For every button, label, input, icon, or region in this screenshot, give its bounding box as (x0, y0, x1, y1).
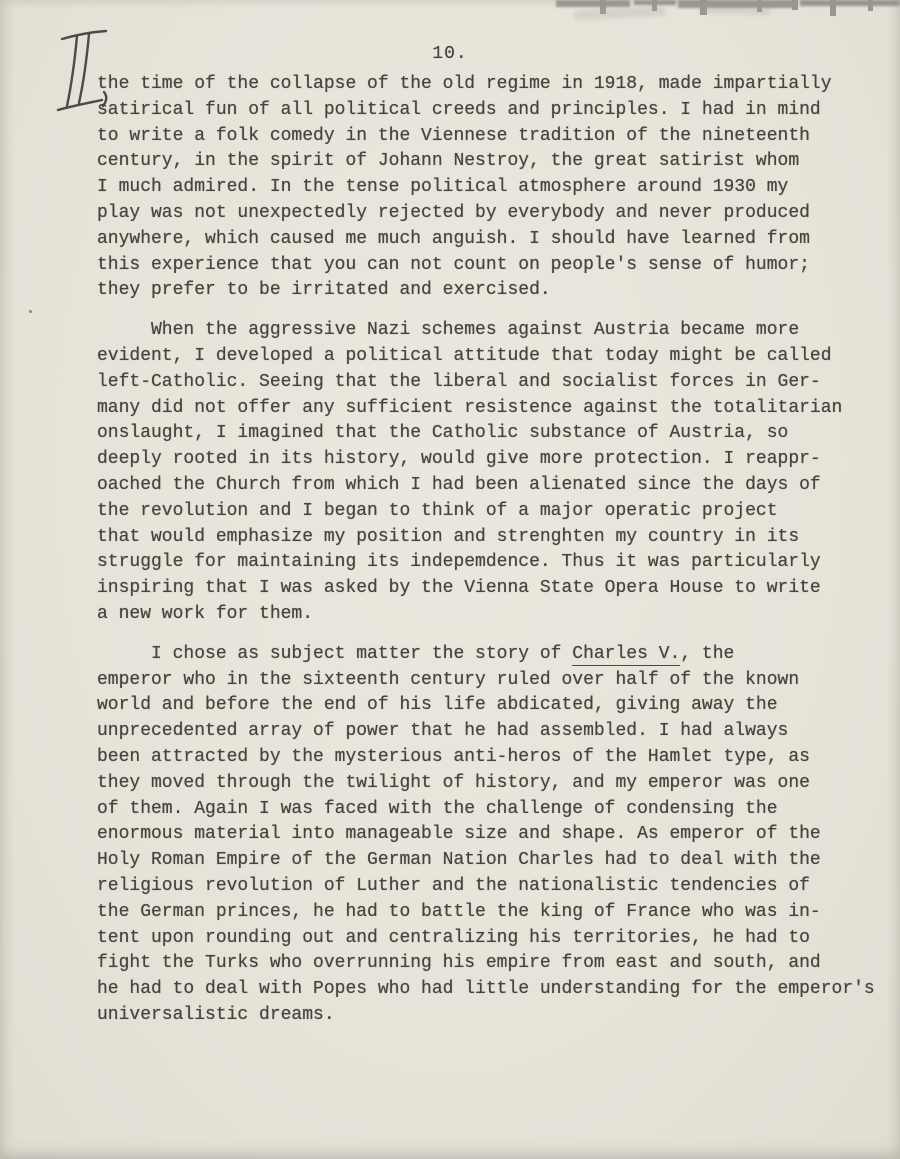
paper-speck (29, 310, 32, 313)
edge-mark (800, 0, 900, 6)
text-line: they moved through the twilight of histo… (97, 771, 887, 797)
typewritten-text: the time of the collapse of the old regi… (97, 72, 887, 1029)
text-segment: I chose as subject matter the story of (97, 644, 572, 664)
underlined-opera-title: Charles V. (572, 644, 680, 666)
text-line: that would emphasize my position and str… (97, 525, 887, 551)
text-line: anywhere, which caused me much anguish. … (97, 227, 887, 253)
text-line: emperor who in the sixteenth century rul… (97, 668, 887, 694)
text-line: inspiring that I was asked by the Vienna… (97, 576, 887, 602)
text-line: the revolution and I began to think of a… (97, 499, 887, 525)
text-line: left-Catholic. Seeing that the liberal a… (97, 370, 887, 396)
text-line: tent upon rounding out and centralizing … (97, 926, 887, 952)
text-line: unprecedented array of power that he had… (97, 719, 887, 745)
paragraph: the time of the collapse of the old regi… (97, 72, 887, 304)
edge-mark (556, 0, 630, 7)
text-line: When the aggressive Nazi schemes against… (97, 318, 887, 344)
text-line: many did not offer any sufficient resist… (97, 396, 887, 422)
text-line: oached the Church from which I had been … (97, 473, 887, 499)
text-line: universalistic dreams. (97, 1003, 887, 1029)
text-line: I much admired. In the tense political a… (97, 175, 887, 201)
text-line: they prefer to be irritated and exercise… (97, 278, 887, 304)
text-line: I chose as subject matter the story of C… (97, 642, 887, 668)
paragraph: I chose as subject matter the story of C… (97, 642, 887, 1029)
edge-tick (868, 0, 873, 11)
text-line: Holy Roman Empire of the German Nation C… (97, 848, 887, 874)
typewritten-page: 10. the time of the collapse of the old … (0, 0, 900, 1159)
text-line: world and before the end of his life abd… (97, 693, 887, 719)
text-line: the time of the collapse of the old regi… (97, 72, 887, 98)
text-line: satirical fun of all political creeds an… (97, 98, 887, 124)
paragraph: When the aggressive Nazi schemes against… (97, 318, 887, 628)
text-line: to write a folk comedy in the Viennese t… (97, 124, 887, 150)
text-line: this experience that you can not count o… (97, 253, 887, 279)
text-line: enormous material into manageable size a… (97, 822, 887, 848)
text-segment: , the (680, 644, 734, 664)
edge-smudge (700, 5, 770, 15)
text-line: religious revolution of Luther and the n… (97, 874, 887, 900)
page-number: 10. (0, 44, 900, 64)
text-line: deeply rooted in its history, would give… (97, 447, 887, 473)
text-line: the German princes, he had to battle the… (97, 900, 887, 926)
text-line: a new work for them. (97, 602, 887, 628)
edge-tick (830, 0, 836, 16)
edge-tick (792, 0, 798, 10)
text-line: onslaught, I imagined that the Catholic … (97, 421, 887, 447)
text-line: century, in the spirit of Johann Nestroy… (97, 149, 887, 175)
text-line: struggle for maintaining its indepemdenc… (97, 550, 887, 576)
text-line: of them. Again I was faced with the chal… (97, 797, 887, 823)
text-line: fight the Turks who overrunning his empi… (97, 951, 887, 977)
text-line: been attracted by the mysterious anti-he… (97, 745, 887, 771)
text-line: play was not unexpectedly rejected by ev… (97, 201, 887, 227)
text-line: he had to deal with Popes who had little… (97, 977, 887, 1003)
edge-smudge (575, 6, 665, 21)
text-line: evident, I developed a political attitud… (97, 344, 887, 370)
